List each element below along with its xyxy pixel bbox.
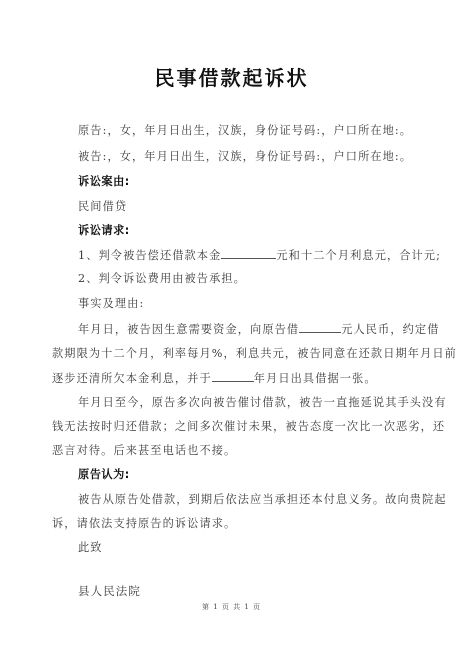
cause-heading: 诉讼案由: <box>78 175 130 189</box>
document-title: 民事借款起诉状 <box>0 62 463 91</box>
claim-item-1: 1、判令被告偿还借款本金元和十二个月利息元，合计元; <box>78 248 441 263</box>
cause-value: 民间借贷 <box>78 200 127 214</box>
facts-para1-line1-before: 年月日，被告因生意需要资金，向原告借 <box>78 323 299 336</box>
facts-para1-line3-after: 年月日出具借据一张。 <box>254 372 377 385</box>
opinion-line1: 被告从原告处借款，到期后依法应当承担还本付息义务。故向贵院起 <box>78 493 447 507</box>
facts-para1-line3: 逐步还清所欠本金利息，并于年月日出具借据一张。 <box>52 371 377 386</box>
facts-para1-line1-after: 元人民币，约定借 <box>341 323 439 336</box>
plaintiff-line: 原告:，女，年月日出生，汉族，身份证号码:，户口所在地:。 <box>78 124 412 138</box>
facts-para2-line3: 恶言对待。后来甚至电话也不接。 <box>52 444 236 458</box>
facts-para2-line2: 钱无法按时归还借款；之间多次催讨未果，被告态度一次比一次恶劣，还 <box>52 420 445 434</box>
claims-heading: 诉讼请求: <box>78 224 130 238</box>
claim-item-2: 2、判令诉讼费用由被告承担。 <box>78 272 246 286</box>
closing: 此致 <box>78 541 103 555</box>
blank-underline <box>212 371 254 382</box>
claim-1-text-before: 1、判令被告偿还借款本金 <box>78 249 221 262</box>
facts-para1-line2: 款期限为十二个月，利率每月%，利息共元，被告同意在还款日期年月日前 <box>52 347 457 361</box>
blank-underline <box>299 322 341 333</box>
document-page: 民事借款起诉状 原告:，女，年月日出生，汉族，身份证号码:，户口所在地:。 被告… <box>0 0 463 655</box>
court-name: 县人民法院 <box>78 584 141 598</box>
defendant-line: 被告:，女，年月日出生，汉族，身份证号码:，户口所在地:。 <box>78 150 412 164</box>
opinion-heading: 原告认为: <box>78 468 130 482</box>
facts-heading: 事实及理由: <box>78 297 144 311</box>
opinion-line2: 诉，请依法支持原告的诉讼请求。 <box>52 517 236 531</box>
facts-para1-line3-before: 逐步还清所欠本金利息，并于 <box>52 372 212 385</box>
page-number: 第 1 页 共 1 页 <box>0 602 463 612</box>
blank-underline <box>221 248 276 259</box>
facts-para1-line1: 年月日，被告因生意需要资金，向原告借元人民币，约定借 <box>78 322 440 337</box>
facts-para2-line1: 年月日至今，原告多次向被告催讨借款，被告一直拖延说其手头没有 <box>78 396 447 410</box>
claim-1-text-after: 元和十二个月利息元，合计元; <box>276 249 441 262</box>
